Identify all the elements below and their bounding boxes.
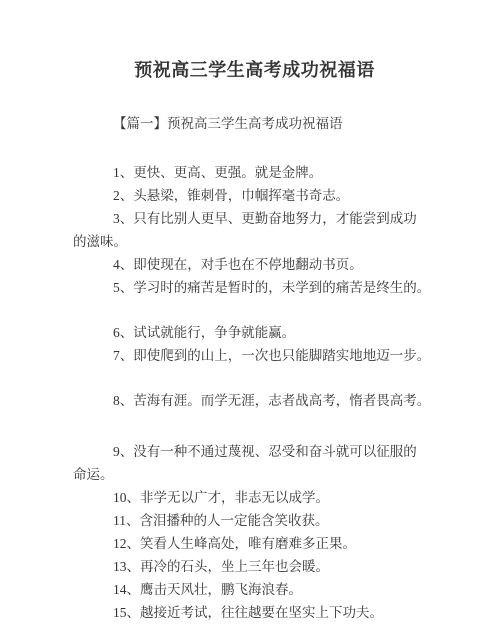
quote-item: 3、只有比别人更早、更勤奋地努力，才能尝到成功 的滋味。 (73, 207, 436, 253)
page-title: 预祝高三学生高考成功祝福语 (73, 58, 436, 82)
quote-item: 2、头悬梁，锥刺骨，巾帼挥毫书奇志。 (73, 184, 436, 207)
quote-item: 8、苦海有涯。而学无涯，志者战高考，惰者畏高考。 (73, 389, 436, 412)
quote-item: 4、即使现在，对手也在不停地翻动书页。 (73, 253, 436, 276)
quote-item: 13、再冷的石头，坐上三年也会暖。 (73, 555, 436, 578)
quote-item: 14、鹰击天风壮，鹏飞海浪春。 (73, 578, 436, 601)
quote-item: 1、更快、更高、更强。就是金牌。 (73, 161, 436, 184)
quote-item: 6、试试就能行，争争就能赢。 (73, 321, 436, 344)
section-heading: 【篇一】预祝高三学生高考成功祝福语 (73, 112, 436, 135)
quote-item: 7、即使爬到的山上，一次也只能脚踏实地地迈一步。 (73, 344, 436, 367)
quote-item: 10、非学无以广才，非志无以成学。 (73, 486, 436, 509)
quote-item: 12、笑看人生峰高处，唯有磨难多正果。 (73, 532, 436, 555)
quote-item: 15、越接近考试，往往越要在坚实上下功夫。 (73, 601, 436, 624)
document-page: 预祝高三学生高考成功祝福语 【篇一】预祝高三学生高考成功祝福语 1、更快、更高、… (0, 0, 500, 636)
quote-item: 5、学习时的痛苦是暂时的，未学到的痛苦是终生的。 (73, 276, 436, 299)
quote-item: 9、没有一种不通过蔑视、忍受和奋斗就可以征服的 命运。 (73, 440, 436, 486)
quote-item: 11、含泪播种的人一定能含笑收获。 (73, 509, 436, 532)
